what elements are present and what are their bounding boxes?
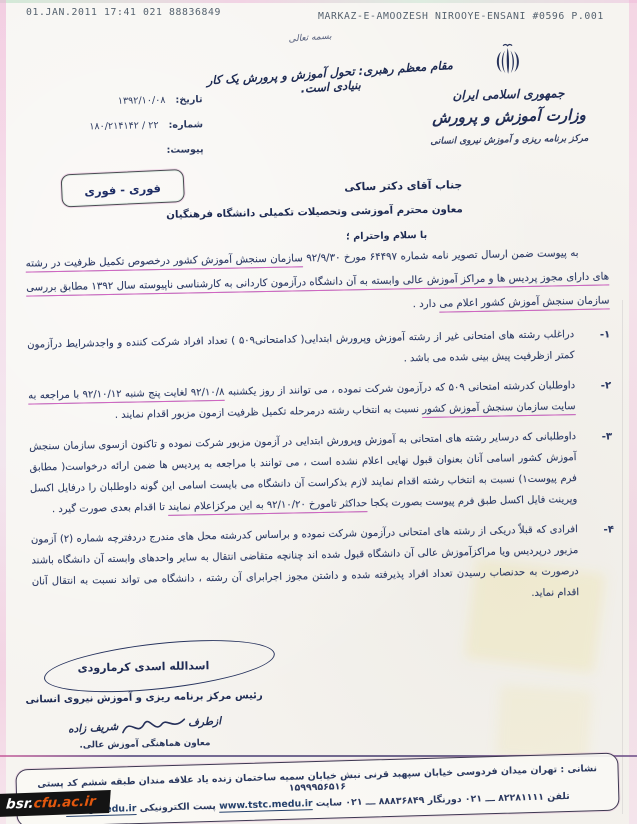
scanned-letter-page: 01.JAN.2011 17:41 021 88836849 MARKAZ-E-… — [0, 0, 637, 824]
watermark-orange: cfu.ac.ir — [33, 793, 96, 811]
letter-content: بسمه تعالی مقام معظم رهبری: تحول آموزش و… — [0, 0, 637, 824]
list-item: ۳- داوطلبانی که درسایر رشته های امتحانی … — [29, 425, 614, 520]
number-label: شماره: — [168, 119, 203, 131]
deputy-signer-name: شریف زاده — [68, 721, 119, 736]
signer-name-wrap: اسدالله اسدی کرمارودی — [59, 646, 227, 684]
on-behalf-label: ازطرف — [188, 715, 222, 729]
salutation: با سلام واحترام ؛ — [167, 229, 464, 246]
signer-name: اسدالله اسدی کرمارودی — [77, 659, 209, 675]
besmeh-taala-text: بسمه تعالی — [288, 32, 332, 45]
handwritten-signature-icon — [120, 711, 187, 739]
watermark-white: bsr. — [6, 796, 35, 813]
item-text: دراغلب رشته های امتحانی غیر از رشته آموز… — [27, 324, 575, 376]
iri-emblem-icon — [490, 42, 527, 81]
signer-title: رئیس مرکز برنامه ریزی و آموزش نیروی انسا… — [19, 690, 269, 706]
recipient-block: جناب آقای دکتر ساکی معاون محترم آموزشی و… — [166, 178, 464, 246]
site-watermark-badge: bsr.cfu.ac.ir — [0, 790, 110, 817]
letter-body: به پیوست ضمن ارسال تصویر نامه شماره ۶۴۴۹… — [25, 241, 615, 622]
item-number: ۴- — [594, 518, 616, 602]
letterhead-center-name: مرکز برنامه ریزی و آموزش نیروی انسانی — [421, 134, 597, 147]
list-item: ۴- افرادی که قبلاً دریکی از رشته های امت… — [31, 518, 616, 613]
letterhead-ministry: وزارت آموزش و پرورش — [421, 103, 597, 130]
intro-paragraph: به پیوست ضمن ارسال تصویر نامه شماره ۶۴۴۹… — [25, 241, 609, 324]
list-item: ۱- دراغلب رشته های امتحانی غیر از رشته آ… — [27, 323, 611, 376]
signature-block: اسدالله اسدی کرمارودی رئیس مرکز برنامه ر… — [18, 645, 270, 752]
letterhead: جمهوری اسلامی ایران وزارت آموزش و پرورش … — [420, 41, 598, 147]
date-label: تاریخ: — [175, 94, 202, 106]
attachment-row: پیوست: — [23, 144, 203, 158]
item-text: افرادی که قبلاً دریکی از رشته های امتحان… — [31, 519, 580, 613]
recipient-name: جناب آقای دکتر ساکی — [166, 178, 463, 197]
item-text: داوطلبانی که درسایر رشته های امتحانی به … — [29, 426, 578, 520]
urgent-stamp-text: فوری - فوری — [84, 181, 161, 198]
list-item: ۲- داوطلبان کدرشته امتحانی ۵۰۹ که درآزمو… — [28, 374, 612, 427]
recipient-title: معاون محترم آموزشی وتحصیلات تکمیلی دانشگ… — [166, 204, 463, 221]
letter-meta-fields: تاریخ: ۱۳۹۲/۱۰/۰۸ شماره: ۲۲ / ۱۸۰/۲۱۴۱۴۲… — [22, 94, 203, 172]
number-value: ۲۲ / ۱۸۰/۲۱۴۱۴۲ — [89, 120, 158, 132]
date-value: ۱۳۹۲/۱۰/۰۸ — [118, 95, 166, 107]
item-number: ۳- — [592, 425, 614, 509]
attachment-label: پیوست: — [166, 144, 203, 156]
item-number: ۱- — [590, 323, 611, 365]
date-row: تاریخ: ۱۳۹۲/۱۰/۰۸ — [22, 94, 202, 108]
item-text: داوطلبان کدرشته امتحانی ۵۰۹ که درآزمون ش… — [28, 375, 576, 427]
number-row: شماره: ۲۲ / ۱۸۰/۲۱۴۱۴۲ — [23, 119, 203, 133]
item-number: ۲- — [591, 374, 612, 416]
